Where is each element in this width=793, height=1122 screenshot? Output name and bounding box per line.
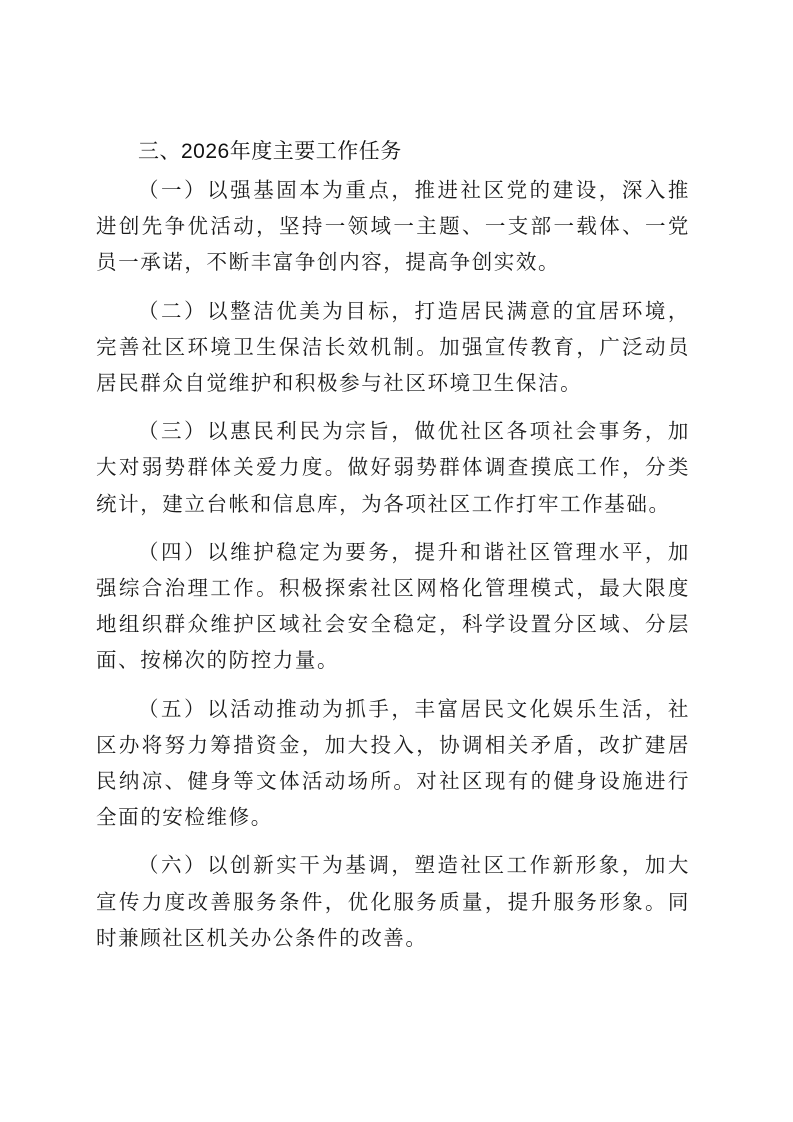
task-paragraph-6: （六）以创新实干为基调，塑造社区工作新形象，加大宣传力度改善服务条件，优化服务质… (96, 847, 690, 956)
task-paragraph-3: （三）以惠民利民为宗旨，做优社区各项社会事务，加大对弱势群体关爱力度。做好弱势群… (96, 413, 690, 522)
document-page: 三、2026年度主要工作任务 （一）以强基固本为重点，推进社区党的建设，深入推进… (96, 136, 690, 968)
task-paragraph-5: （五）以活动推动为抓手，丰富居民文化娱乐生活，社区办将努力筹措资金，加大投入，协… (96, 691, 690, 836)
task-paragraph-4: （四）以维护稳定为要务，提升和谐社区管理水平，加强综合治理工作。积极探索社区网格… (96, 534, 690, 679)
task-paragraph-2: （二）以整洁优美为目标，打造居民满意的宜居环境，完善社区环境卫生保洁长效机制。加… (96, 293, 690, 402)
task-paragraph-1: （一）以强基固本为重点，推进社区党的建设，深入推进创先争优活动，坚持一领域一主题… (96, 172, 690, 281)
section-heading: 三、2026年度主要工作任务 (96, 136, 690, 168)
